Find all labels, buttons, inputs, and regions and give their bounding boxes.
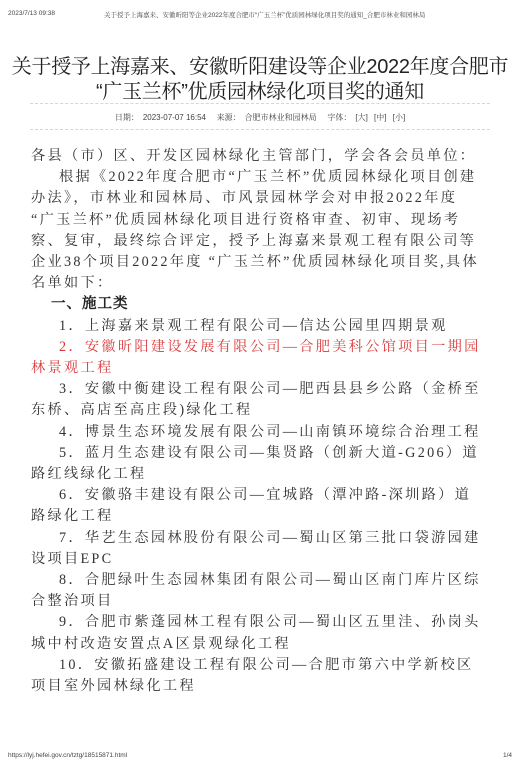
intro-paragraph: 根据《2022年度合肥市“广玉兰杯”优质园林绿化项目创建办法》，市林业和园林局、…	[31, 167, 487, 294]
font-size-large-button[interactable]: [大]	[355, 113, 367, 122]
article-title-line1: 关于授予上海嘉来、安徽昕阳建设等企业2022年度合肥市	[0, 55, 520, 80]
print-timestamp: 2023/7/13 09:38	[8, 10, 55, 17]
award-item: 5．蓝月生态建设有限公司—集贤路（创新大道-G206）道路红线绿化工程	[31, 443, 487, 485]
article-title-line2: “广玉兰杯”优质园林绿化项目奖的通知	[0, 80, 520, 105]
section-heading-construction: 一、施工类	[31, 294, 487, 315]
font-size-medium-button[interactable]: [中]	[374, 113, 386, 122]
salutation: 各县（市）区、开发区园林绿化主管部门，学会各会员单位：	[31, 146, 487, 167]
award-item: 10．安徽拓盛建设工程有限公司—合肥市第六中学新校区项目室外园林绿化工程	[31, 655, 487, 697]
award-item: 7．华艺生态园林股份有限公司—蜀山区第三批口袋游园建设项目EPC	[31, 528, 487, 570]
article-body: 各县（市）区、开发区园林绿化主管部门，学会各会员单位： 根据《2022年度合肥市…	[31, 146, 487, 697]
award-item: 8．合肥绿叶生态园林集团有限公司—蜀山区南门库片区综合整治项目	[31, 570, 487, 612]
font-size-small-button[interactable]: [小]	[393, 113, 405, 122]
page-number: 1/4	[503, 752, 512, 759]
award-item: 6．安徽骆丰建设有限公司—宜城路（潭冲路-深圳路）道路绿化工程	[31, 485, 487, 527]
page-url: https://lyj.hefei.gov.cn/tztg/18515871.h…	[8, 752, 127, 759]
source-label: 来源：	[217, 113, 241, 122]
meta-divider-top	[30, 103, 490, 104]
print-header: 2023/7/13 09:38 关于授予上海嘉来、安徽昕阳等企业2022年度合肥…	[0, 8, 520, 22]
print-page-title: 关于授予上海嘉来、安徽昕阳等企业2022年度合肥市“广玉兰杯”优质园林绿化项目奖…	[104, 10, 425, 19]
font-size-label: 字体：	[327, 113, 351, 122]
award-item: 3．安徽中衡建设工程有限公司—肥西县县乡公路（金桥至东桥、高店至高庄段)绿化工程	[31, 379, 487, 421]
source-value: 合肥市林业和园林局	[245, 113, 317, 122]
article-meta: 日期：2023-07-07 16:54 来源：合肥市林业和园林局 字体：[大] …	[0, 112, 520, 123]
date-value: 2023-07-07 16:54	[143, 113, 206, 122]
award-item-highlighted: 2．安徽昕阳建设发展有限公司—合肥美科公馆项目一期园林景观工程	[31, 337, 487, 379]
award-item: 1．上海嘉来景观工程有限公司—信达公园里四期景观	[31, 316, 487, 337]
award-item: 9．合肥市紫蓬园林工程有限公司—蜀山区五里洼、孙岗头城中村改造安置点A区景观绿化…	[31, 612, 487, 654]
date-label: 日期：	[115, 113, 139, 122]
article-title: 关于授予上海嘉来、安徽昕阳建设等企业2022年度合肥市 “广玉兰杯”优质园林绿化…	[0, 55, 520, 105]
meta-divider-bottom	[30, 129, 490, 130]
award-item: 4．博景生态环境发展有限公司—山南镇环境综合治理工程	[31, 422, 487, 443]
